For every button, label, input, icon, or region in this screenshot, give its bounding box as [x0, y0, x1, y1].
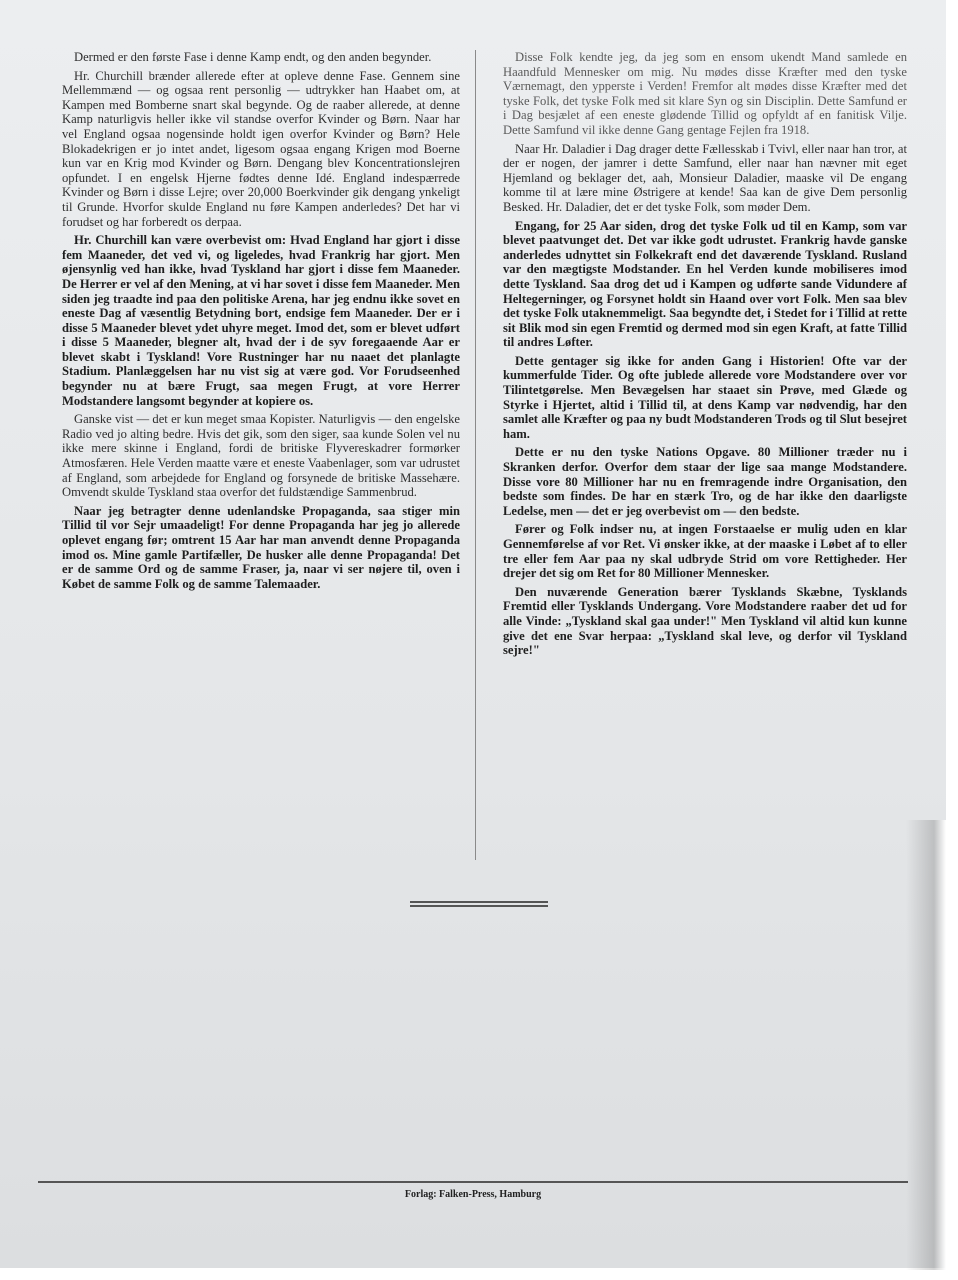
- footer-rule: [38, 1181, 908, 1183]
- paragraph: Ganske vist — det er kun meget smaa Kopi…: [62, 412, 460, 500]
- right-column: Disse Folk kendte jeg, da jeg som en ens…: [503, 50, 907, 662]
- page-edge-shadow: [906, 820, 946, 1270]
- closing-paragraph: Den nuværende Generation bærer Tysklands…: [503, 585, 907, 658]
- paragraph: Dette er nu den tyske Nations Opgave. 80…: [503, 445, 907, 518]
- scanned-page: Dermed er den første Fase i denne Kamp e…: [0, 0, 946, 1268]
- section-end-rule: [410, 901, 548, 907]
- paragraph: Engang, for 25 Aar siden, drog det tyske…: [503, 219, 907, 350]
- paragraph: Fører og Folk indser nu, at ingen Forsta…: [503, 522, 907, 580]
- paragraph: Hr. Churchill brænder allerede efter at …: [62, 69, 460, 230]
- paragraph: Disse Folk kendte jeg, da jeg som en ens…: [503, 50, 907, 138]
- paragraph: Hr. Churchill kan være overbevist om: Hv…: [62, 233, 460, 408]
- left-column: Dermed er den første Fase i denne Kamp e…: [62, 50, 460, 595]
- column-divider: [475, 50, 476, 860]
- paragraph: Naar jeg betragter denne udenlandske Pro…: [62, 504, 460, 592]
- paragraph: Dette gentager sig ikke for anden Gang i…: [503, 354, 907, 442]
- paragraph: Naar Hr. Daladier i Dag drager dette Fæl…: [503, 142, 907, 215]
- publisher-imprint: Forlag: Falken-Press, Hamburg: [0, 1189, 946, 1200]
- paragraph: Dermed er den første Fase i denne Kamp e…: [62, 50, 460, 65]
